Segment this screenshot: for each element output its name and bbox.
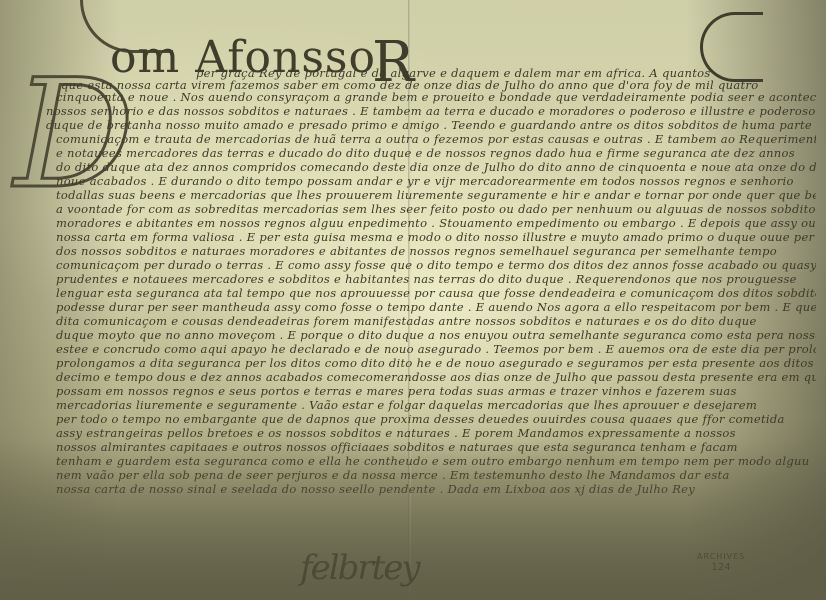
manuscript-line: moradores e abitantes em nossos regnos a… [56,216,816,230]
archive-stamp: ARCHIVES 124 [697,552,745,573]
manuscript-line: decimo e tempo dous e dez annos acabados… [56,370,816,384]
archive-stamp-label: ARCHIVES [697,552,745,561]
manuscript-line: prolongamos a dita seguranca per los dit… [56,356,816,370]
manuscript-line: assy estrangeiras pellos bretoes e os no… [56,426,816,440]
manuscript-line: estee e concrudo como aqui apayo he decl… [56,342,816,356]
archive-stamp-number: 124 [697,562,745,573]
manuscript-line: nossos senhorio e das nossos sobditos e … [46,104,816,118]
manuscript-line: prudentes e notauees mercadores e sobdit… [56,272,816,286]
manuscript-line: mercadorias liuremente e seguramente . V… [56,398,816,412]
manuscript-line: dita comunicaçom e cousas dendeadeiras f… [56,314,816,328]
manuscript-line: comunicaçom e trauta de mercadorias de h… [56,132,816,146]
manuscript-line: a voontade for com as sobreditas mercado… [56,202,816,216]
manuscript-line: todallas suas beens e mercadorias que lh… [56,188,816,202]
manuscript-line: comunicaçom per durado o terras . E como… [56,258,816,272]
manuscript-line: lenguar esta seguranca ata tal tempo que… [56,286,816,300]
royal-signature: felbrtey [300,548,419,588]
manuscript-line: duque moyto que no anno moveçom . E porq… [56,328,816,342]
manuscript-line: podesse durar per seer mantheuda assy co… [56,300,816,314]
manuscript-line: do dito duque ata dez annos compridos co… [56,160,816,174]
manuscript-line: cinquoenta e noue . Nos auendo consyraço… [56,90,816,104]
manuscript-line: nossa carta em forma valiosa . E per est… [56,230,816,244]
manuscript-line: possam em nossos regnos e seus portos e … [56,384,816,398]
manuscript-line: dos nossos sobditos e naturaes moradores… [56,244,816,258]
manuscript-line: per todo o tempo no embargante que de da… [56,412,816,426]
manuscript-line: e notauees mercadores das terras e ducad… [56,146,816,160]
manuscript-line: noue acabados . E durando o dito tempo p… [56,174,816,188]
manuscript-line: duque de bretanha nosso muito amado e pr… [46,118,816,132]
